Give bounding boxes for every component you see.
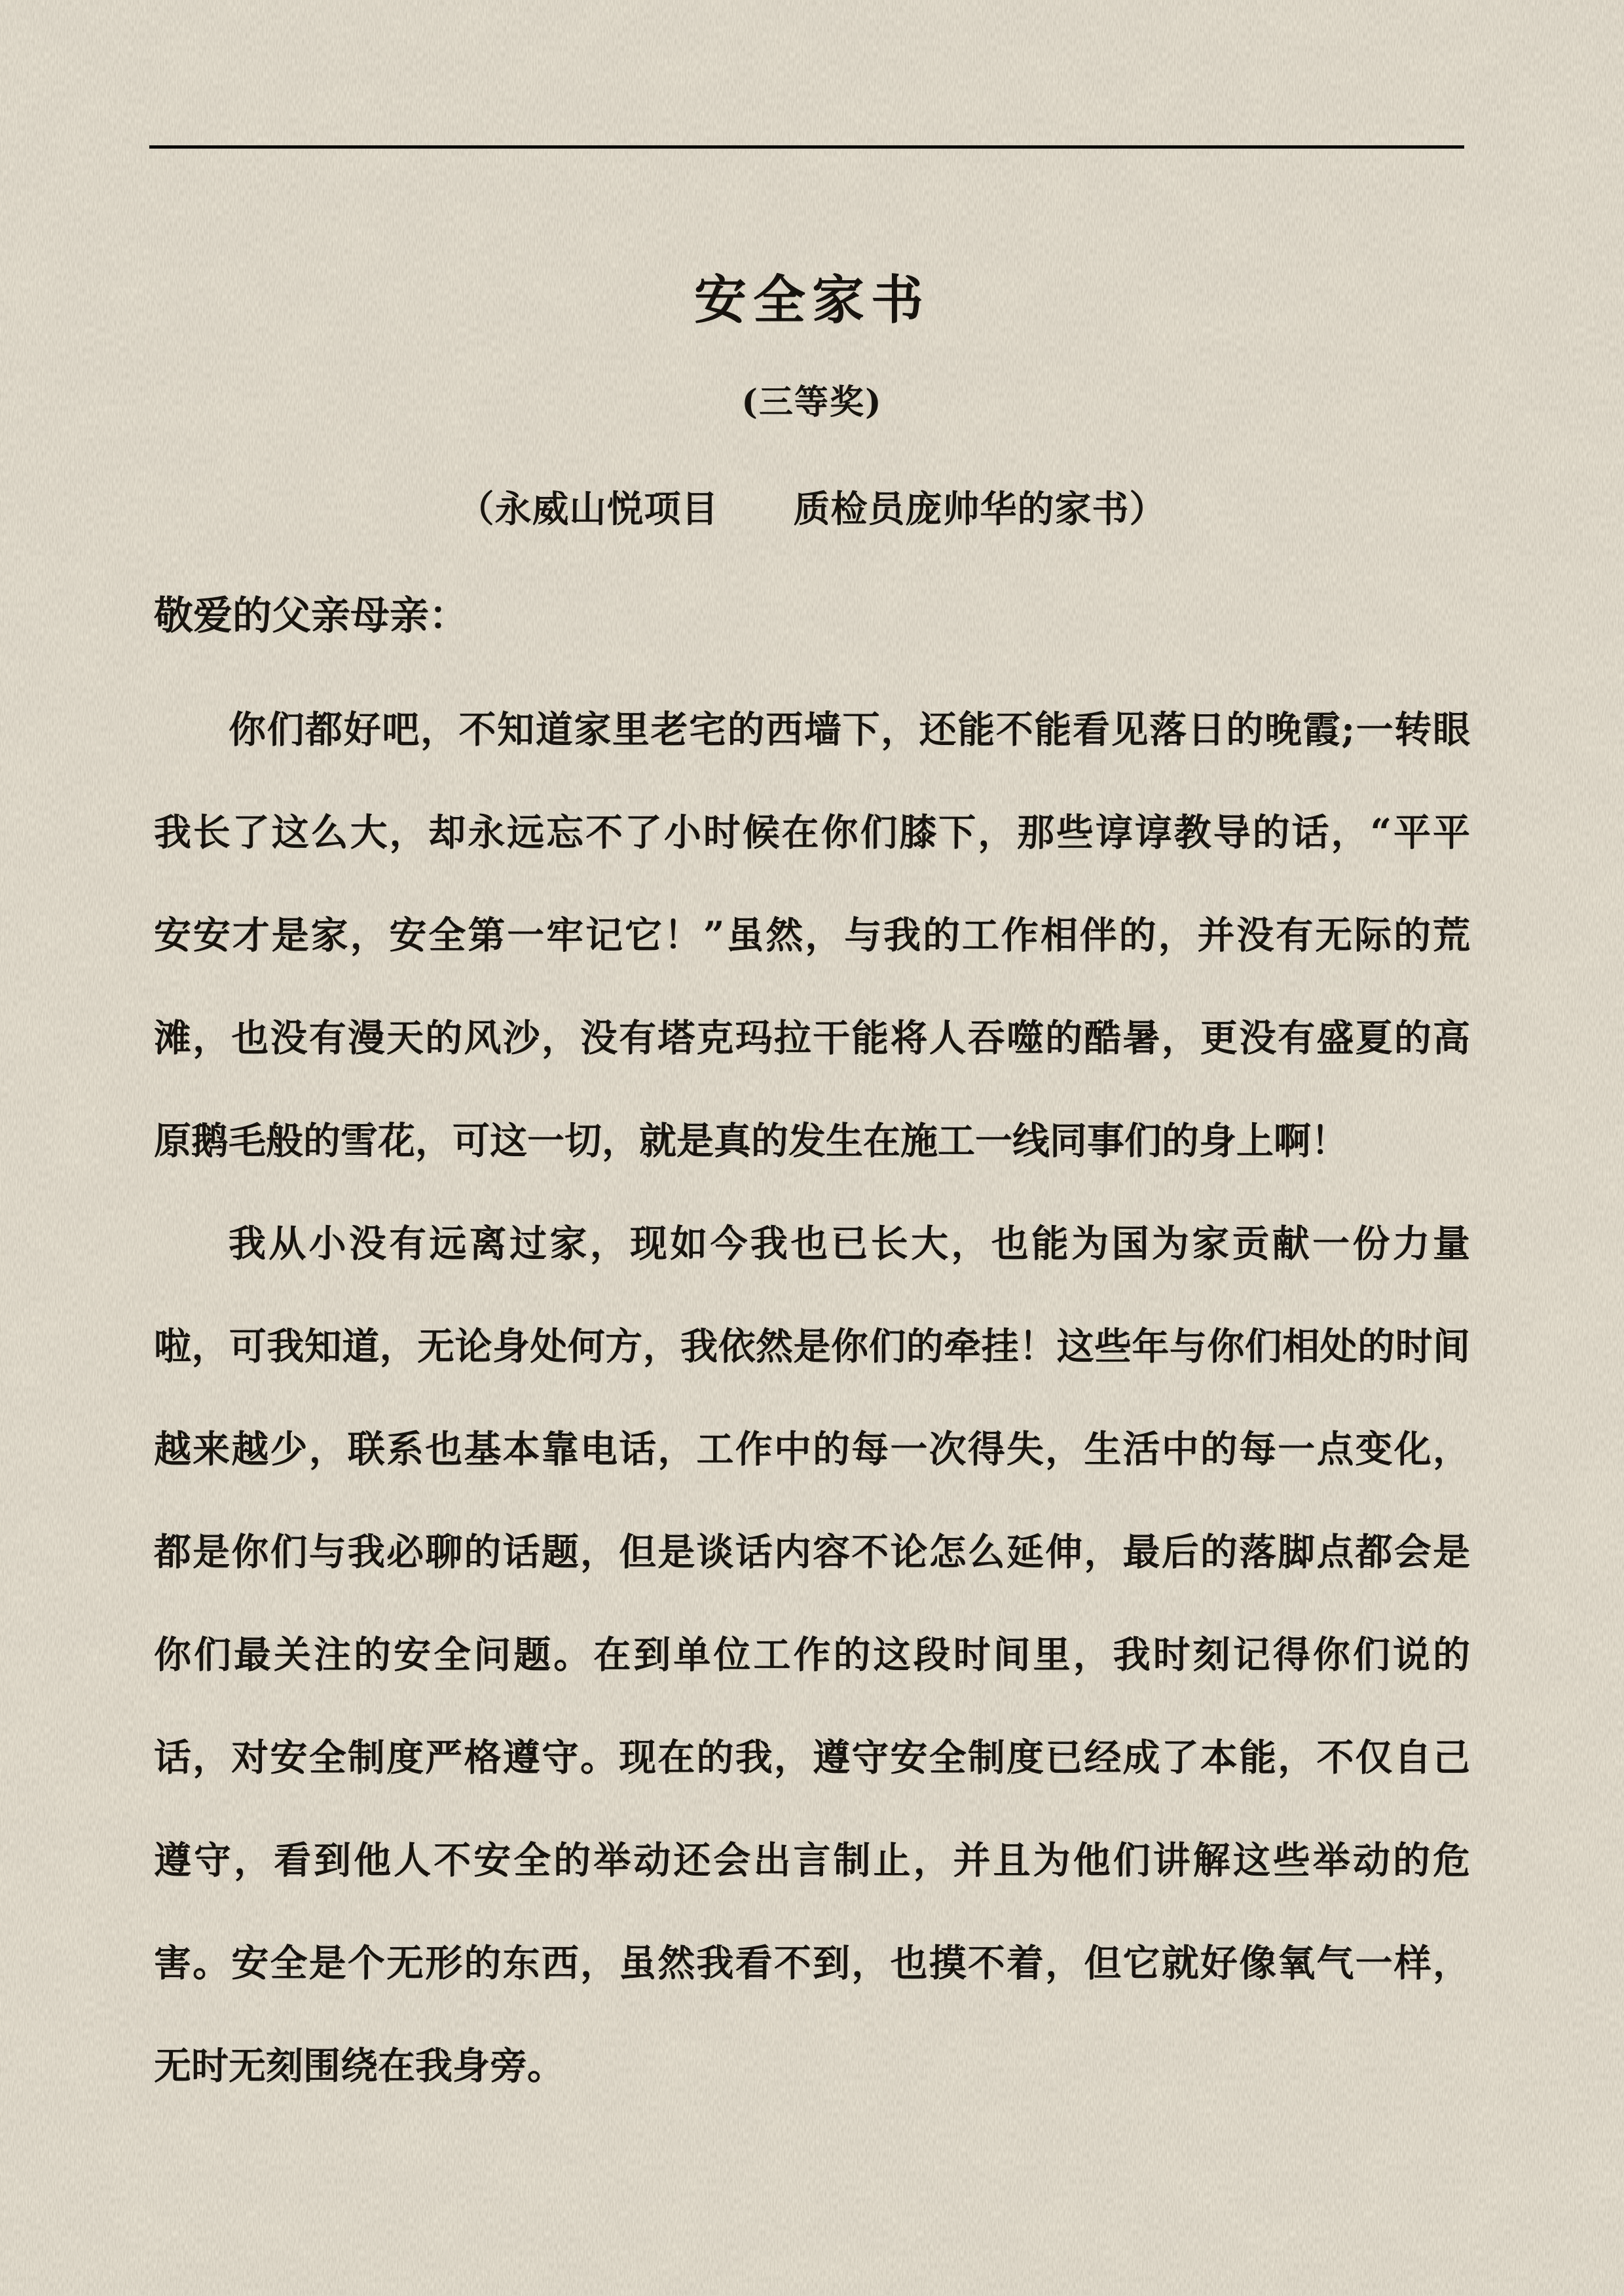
letter-line: 你们最关注的安全问题。在到单位工作的这段时间里，我时刻记得你们说的	[154, 1603, 1470, 1706]
letter-line: 遵守，看到他人不安全的举动还会出言制止，并且为他们讲解这些举动的危	[154, 1809, 1470, 1912]
top-divider	[149, 145, 1464, 149]
letter-line: 害。安全是个无形的东西，虽然我看不到，也摸不着，但它就好像氧气一样，	[154, 1912, 1470, 2014]
byline: （永威山悦项目 质检员庞帅华的家书）	[0, 490, 1624, 530]
letter-line: 无时无刻围绕在我身旁。	[154, 2014, 1470, 2117]
letter-line: 都是你们与我必聊的话题，但是谈话内容不论怎么延伸，最后的落脚点都会是	[154, 1501, 1470, 1603]
page-title: 安全家书	[0, 274, 1624, 326]
award-label: (三等奖)	[0, 384, 1624, 421]
letter-document: 安全家书 (三等奖) （永威山悦项目 质检员庞帅华的家书） 敬爱的父亲母亲： 你…	[0, 0, 1624, 2296]
letter-line: 啦，可我知道，无论身处何方，我依然是你们的牵挂！这些年与你们相处的时间	[154, 1295, 1470, 1398]
salutation: 敬爱的父亲母亲：	[154, 594, 468, 638]
letter-line: 话，对安全制度严格遵守。现在的我，遵守安全制度已经成了本能，不仅自己	[154, 1706, 1470, 1809]
letter-line: 我长了这么大，却永远忘不了小时候在你们膝下，那些谆谆教导的话，“平平	[154, 781, 1470, 884]
letter-page: { "page": { "paper_color": "#eae4d8", "i…	[0, 0, 1624, 2296]
letter-line: 安安才是家，安全第一牢记它！”虽然，与我的工作相伴的，并没有无际的荒	[154, 884, 1470, 987]
letter-line: 我从小没有远离过家，现如今我也已长大，也能为国为家贡献一份力量	[154, 1192, 1470, 1295]
letter-line: 你们都好吧，不知道家里老宅的西墙下，还能不能看见落日的晚霞;一转眼	[154, 678, 1470, 781]
letter-line: 滩，也没有漫天的风沙，没有塔克玛拉干能将人吞噬的酷暑，更没有盛夏的高	[154, 987, 1470, 1089]
letter-line: 越来越少，联系也基本靠电话，工作中的每一次得失，生活中的每一点变化，	[154, 1398, 1470, 1501]
letter-body: 你们都好吧，不知道家里老宅的西墙下，还能不能看见落日的晚霞;一转眼我长了这么大，…	[154, 678, 1470, 2117]
letter-line: 原鹅毛般的雪花，可这一切，就是真的发生在施工一线同事们的身上啊！	[154, 1089, 1470, 1192]
